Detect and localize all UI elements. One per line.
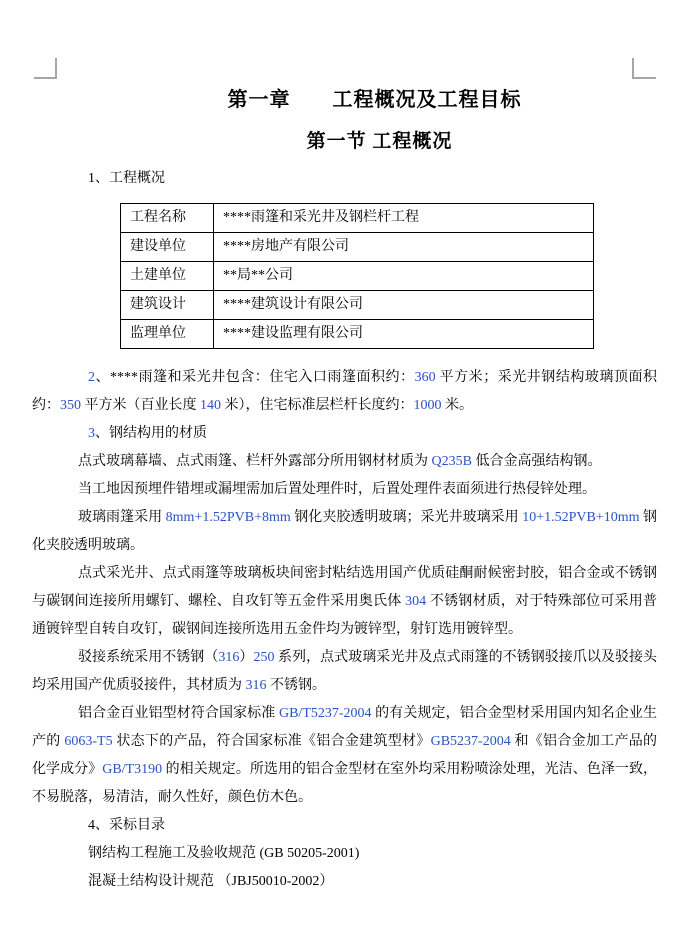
standard-name: 钢结构工程施工及验收规范 <box>88 840 256 868</box>
table-value-cell: ****房地产有限公司 <box>214 233 594 262</box>
table-row: 建筑设计 ****建筑设计有限公司 <box>121 291 594 320</box>
standard-code: （JBJ50010-2002） <box>218 874 334 889</box>
table-label-cell: 建筑设计 <box>121 291 214 320</box>
table-label-cell: 监理单位 <box>121 320 214 349</box>
paragraph-flow: 2、****雨篷和采光井包含：住宅入口雨篷面积约：360 平方米；采光井钢结构玻… <box>32 364 657 896</box>
document-page: 第一章 工程概况及工程目标 第一节 工程概况 1、工程概况 工程名称 ****雨… <box>0 0 689 938</box>
paragraph-glass-specs: 玻璃雨篷采用 8mm+1.52PVB+8mm 钢化夹胶透明玻璃；采光井玻璃采用 … <box>32 504 657 560</box>
document-body: 1、工程概况 工程名称 ****雨篷和采光井及钢栏杆工程 建设单位 ****房地… <box>32 168 657 896</box>
table-row: 监理单位 ****建设监理有限公司 <box>121 320 594 349</box>
standard-name: 混凝土结构设计规范 <box>88 868 214 896</box>
standard-item: 混凝土结构设计规范 （JBJ50010-2002） <box>32 868 657 896</box>
paragraph-scope: 2、****雨篷和采光井包含：住宅入口雨篷面积约：360 平方米；采光井钢结构玻… <box>32 364 657 420</box>
project-info-table: 工程名称 ****雨篷和采光井及钢栏杆工程 建设单位 ****房地产有限公司 土… <box>120 203 594 349</box>
section-title: 第一节 工程概况 <box>0 130 689 154</box>
paragraph-sealant: 点式采光井、点式雨篷等玻璃板块间密封粘结选用国产优质硅酮耐候密封胶，铝合金或不锈… <box>32 560 657 644</box>
table-value-cell: **局**公司 <box>214 262 594 291</box>
crop-mark-left-horizontal <box>34 77 57 79</box>
table-label-cell: 土建单位 <box>121 262 214 291</box>
standard-item: 钢结构工程施工及验收规范 (GB 50205-2001) <box>32 840 657 868</box>
heading-standards: 4、采标目录 <box>32 812 657 840</box>
table-value-cell: ****雨篷和采光井及钢栏杆工程 <box>214 204 594 233</box>
item-1-project-overview: 1、工程概况 <box>32 168 657 190</box>
table-row: 工程名称 ****雨篷和采光井及钢栏杆工程 <box>121 204 594 233</box>
chapter-title: 第一章 工程概况及工程目标 <box>0 0 689 112</box>
standard-code: (GB 50205-2001) <box>260 846 360 861</box>
paragraph-fittings: 驳接系统采用不锈钢（316）250 系列，点式玻璃采光井及点式雨篷的不锈钢驳接爪… <box>32 644 657 700</box>
table-row: 建设单位 ****房地产有限公司 <box>121 233 594 262</box>
paragraph-steel-grade: 点式玻璃幕墙、点式雨篷、栏杆外露部分所用钢材材质为 Q235B 低合金高强结构钢… <box>32 448 657 476</box>
crop-mark-left-vertical <box>55 58 57 79</box>
table-label-cell: 建设单位 <box>121 233 214 262</box>
table-row: 土建单位 **局**公司 <box>121 262 594 291</box>
paragraph-embedments: 当工地因预埋件错埋或漏埋需加后置处理件时，后置处理件表面须进行热侵锌处理。 <box>32 476 657 504</box>
heading-materials: 3、钢结构用的材质 <box>32 420 657 448</box>
crop-mark-right-vertical <box>632 58 634 79</box>
table-label-cell: 工程名称 <box>121 204 214 233</box>
table-value-cell: ****建设监理有限公司 <box>214 320 594 349</box>
table-value-cell: ****建筑设计有限公司 <box>214 291 594 320</box>
paragraph-aluminium: 铝合金百业铝型材符合国家标准 GB/T5237-2004 的有关规定，铝合金型材… <box>32 700 657 812</box>
crop-mark-right-horizontal <box>632 77 656 79</box>
